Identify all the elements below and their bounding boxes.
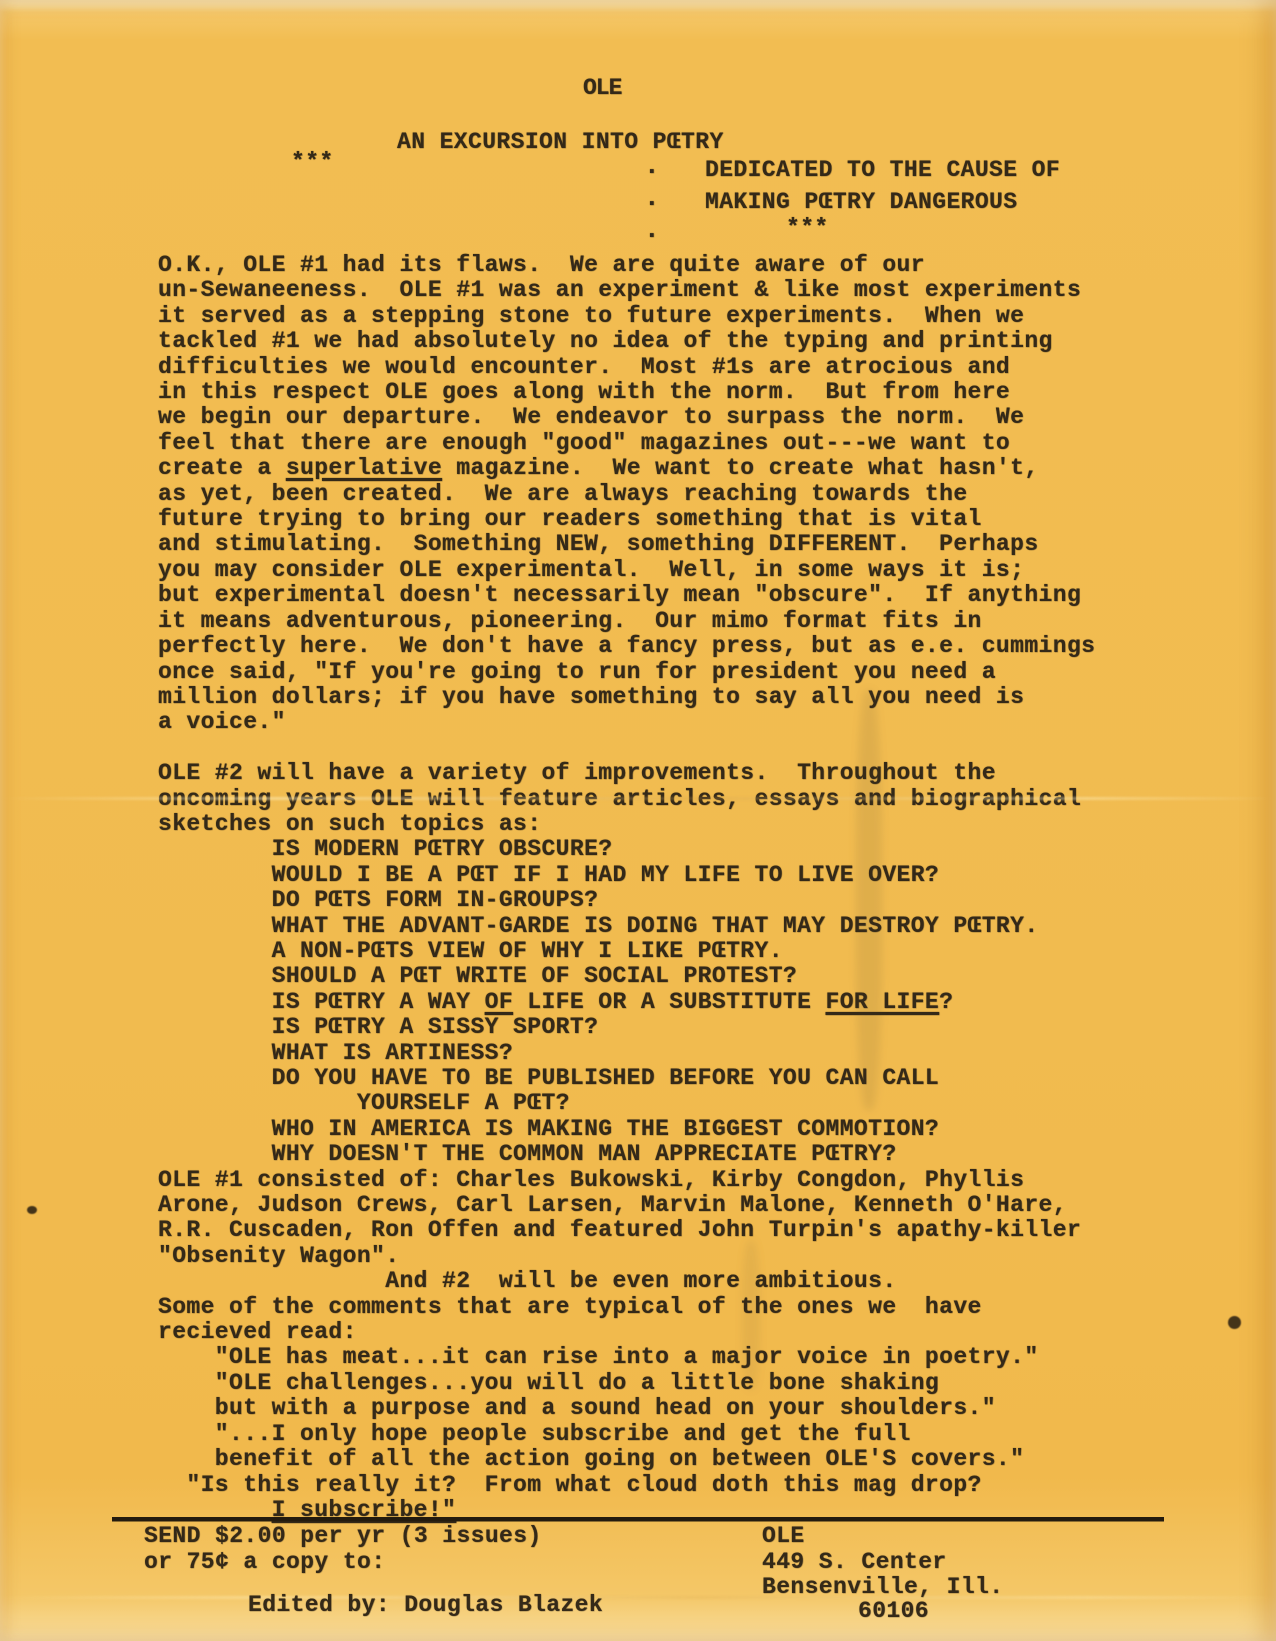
paper-fold-crease [0, 797, 1276, 800]
address-zip: 60106 [858, 1599, 929, 1624]
typewritten-line: million dollars; if you have something t… [158, 685, 1095, 710]
subscription-price-line: SEND $2.00 per yr (3 issues) [144, 1524, 542, 1549]
typewritten-line: OLE #2 will have a variety of improvemen… [158, 761, 1095, 786]
typewritten-line: it served as a stepping stone to future … [158, 304, 1095, 329]
stars-bottom: *** [786, 216, 829, 241]
typewritten-line: in this respect OLE goes along with the … [158, 380, 1095, 405]
typewritten-line: it means adventurous, pioneering. Our mi… [158, 609, 1095, 634]
address-city: Bensenville, Ill. [762, 1575, 1003, 1600]
typewritten-line: perfectly here. We don't have a fancy pr… [158, 634, 1095, 659]
typewritten-line: IS MODERN PŒTRY OBSCURE? [158, 837, 1095, 862]
typewritten-line: A NON-PŒTS VIEW OF WHY I LIKE PŒTRY. [158, 939, 1095, 964]
typewritten-line: un-Sewaneeness. OLE #1 was an experiment… [158, 278, 1095, 303]
typewritten-line: we begin our departure. We endeavor to s… [158, 405, 1095, 430]
typewritten-line: and stimulating. Something NEW, somethin… [158, 532, 1095, 557]
typewritten-line: "OLE has meat...it can rise into a major… [158, 1345, 1095, 1370]
typewritten-line: "...I only hope people subscribe and get… [158, 1422, 1095, 1447]
stars-left: *** [291, 150, 334, 175]
typewritten-line: difficulties we would encounter. Most #1… [158, 355, 1095, 380]
typewritten-line: once said, "If you're going to run for p… [158, 660, 1095, 685]
bullet-icon: . [644, 154, 660, 179]
typewritten-line: feel that there are enough "good" magazi… [158, 431, 1095, 456]
typewritten-line: a voice." [158, 710, 1095, 735]
typewritten-line: Some of the comments that are typical of… [158, 1295, 1095, 1320]
typewritten-line: DO PŒTS FORM IN-GROUPS? [158, 888, 1095, 913]
address-street: 449 S. Center [762, 1550, 947, 1575]
footer-mag-name: OLE [762, 1524, 805, 1549]
typewritten-line: sketches on such topics as: [158, 812, 1095, 837]
typewritten-line: "Is this really it? From what cloud doth… [158, 1473, 1095, 1498]
typewritten-line: "Obsenity Wagon". [158, 1244, 1095, 1269]
ink-blot [1228, 1316, 1241, 1329]
bullet-icon: . [644, 218, 660, 243]
typewritten-line: tackled #1 we had absolutely no idea of … [158, 329, 1095, 354]
typewritten-line: R.R. Cuscaden, Ron Offen and featured Jo… [158, 1218, 1095, 1243]
single-copy-price-line: or 75¢ a copy to: [144, 1550, 385, 1575]
typewritten-line: create a superlative magazine. We want t… [158, 456, 1095, 481]
footer-divider-rule [112, 1517, 1164, 1521]
ink-smudge [742, 1240, 760, 1390]
typewritten-line: SHOULD A PŒT WRITE OF SOCIAL PROTEST? [158, 964, 1095, 989]
typewritten-line: but with a purpose and a sound head on y… [158, 1396, 1095, 1421]
typewritten-line: OLE #1 consisted of: Charles Bukowski, K… [158, 1168, 1095, 1193]
typewritten-line: you may consider OLE experimental. Well,… [158, 558, 1095, 583]
typewritten-line: WHO IN AMERICA IS MAKING THE BIGGEST COM… [158, 1117, 1095, 1142]
typewritten-lines: O.K., OLE #1 had its flaws. We are quite… [158, 253, 1095, 1523]
typewritten-line: recieved read: [158, 1320, 1095, 1345]
typewritten-line: benefit of all the action going on betwe… [158, 1447, 1095, 1472]
typewritten-line: "OLE challenges...you will do a little b… [158, 1371, 1095, 1396]
dedication-line-1: DEDICATED TO THE CAUSE OF [705, 158, 1060, 183]
typewritten-line: as yet, been created. We are always reac… [158, 482, 1095, 507]
typewritten-line: WHAT IS ARTINESS? [158, 1041, 1095, 1066]
page-title: OLE [583, 76, 621, 101]
ink-blot [27, 1206, 37, 1214]
typewritten-line: O.K., OLE #1 had its flaws. We are quite… [158, 253, 1095, 278]
typewritten-line: DO YOU HAVE TO BE PUBLISHED BEFORE YOU C… [158, 1066, 1095, 1091]
typewritten-line: IS PŒTRY A SISSY SPORT? [158, 1015, 1095, 1040]
dedication-line-2: MAKING PŒTRY DANGEROUS [705, 190, 1017, 215]
typewritten-line: but experimental doesn't necessarily mea… [158, 583, 1095, 608]
typewritten-line: YOURSELF A PŒT? [158, 1091, 1095, 1116]
page-subtitle: AN EXCURSION INTO PŒTRY [397, 130, 724, 155]
paper-fold-crease [0, 1596, 1276, 1599]
typewritten-line: Arone, Judson Crews, Carl Larsen, Marvin… [158, 1193, 1095, 1218]
ink-smudge [856, 690, 882, 1110]
typewritten-line [158, 736, 1095, 761]
typewritten-line: WOULD I BE A PŒT IF I HAD MY LIFE TO LIV… [158, 863, 1095, 888]
typewritten-line: And #2 will be even more ambitious. [158, 1269, 1095, 1294]
typewritten-line: IS PŒTRY A WAY OF LIFE OR A SUBSTITUTE F… [158, 990, 1095, 1015]
bullet-icon: . [644, 186, 660, 211]
typewritten-line: WHAT THE ADVANT-GARDE IS DOING THAT MAY … [158, 914, 1095, 939]
typewritten-line: WHY DOESN'T THE COMMON MAN APPRECIATE PŒ… [158, 1142, 1095, 1167]
scanned-zine-page: OLE AN EXCURSION INTO PŒTRY *** . DEDICA… [0, 0, 1276, 1641]
typewritten-line: future trying to bring our readers somet… [158, 507, 1095, 532]
editor-credit: Edited by: Douglas Blazek [248, 1593, 603, 1618]
